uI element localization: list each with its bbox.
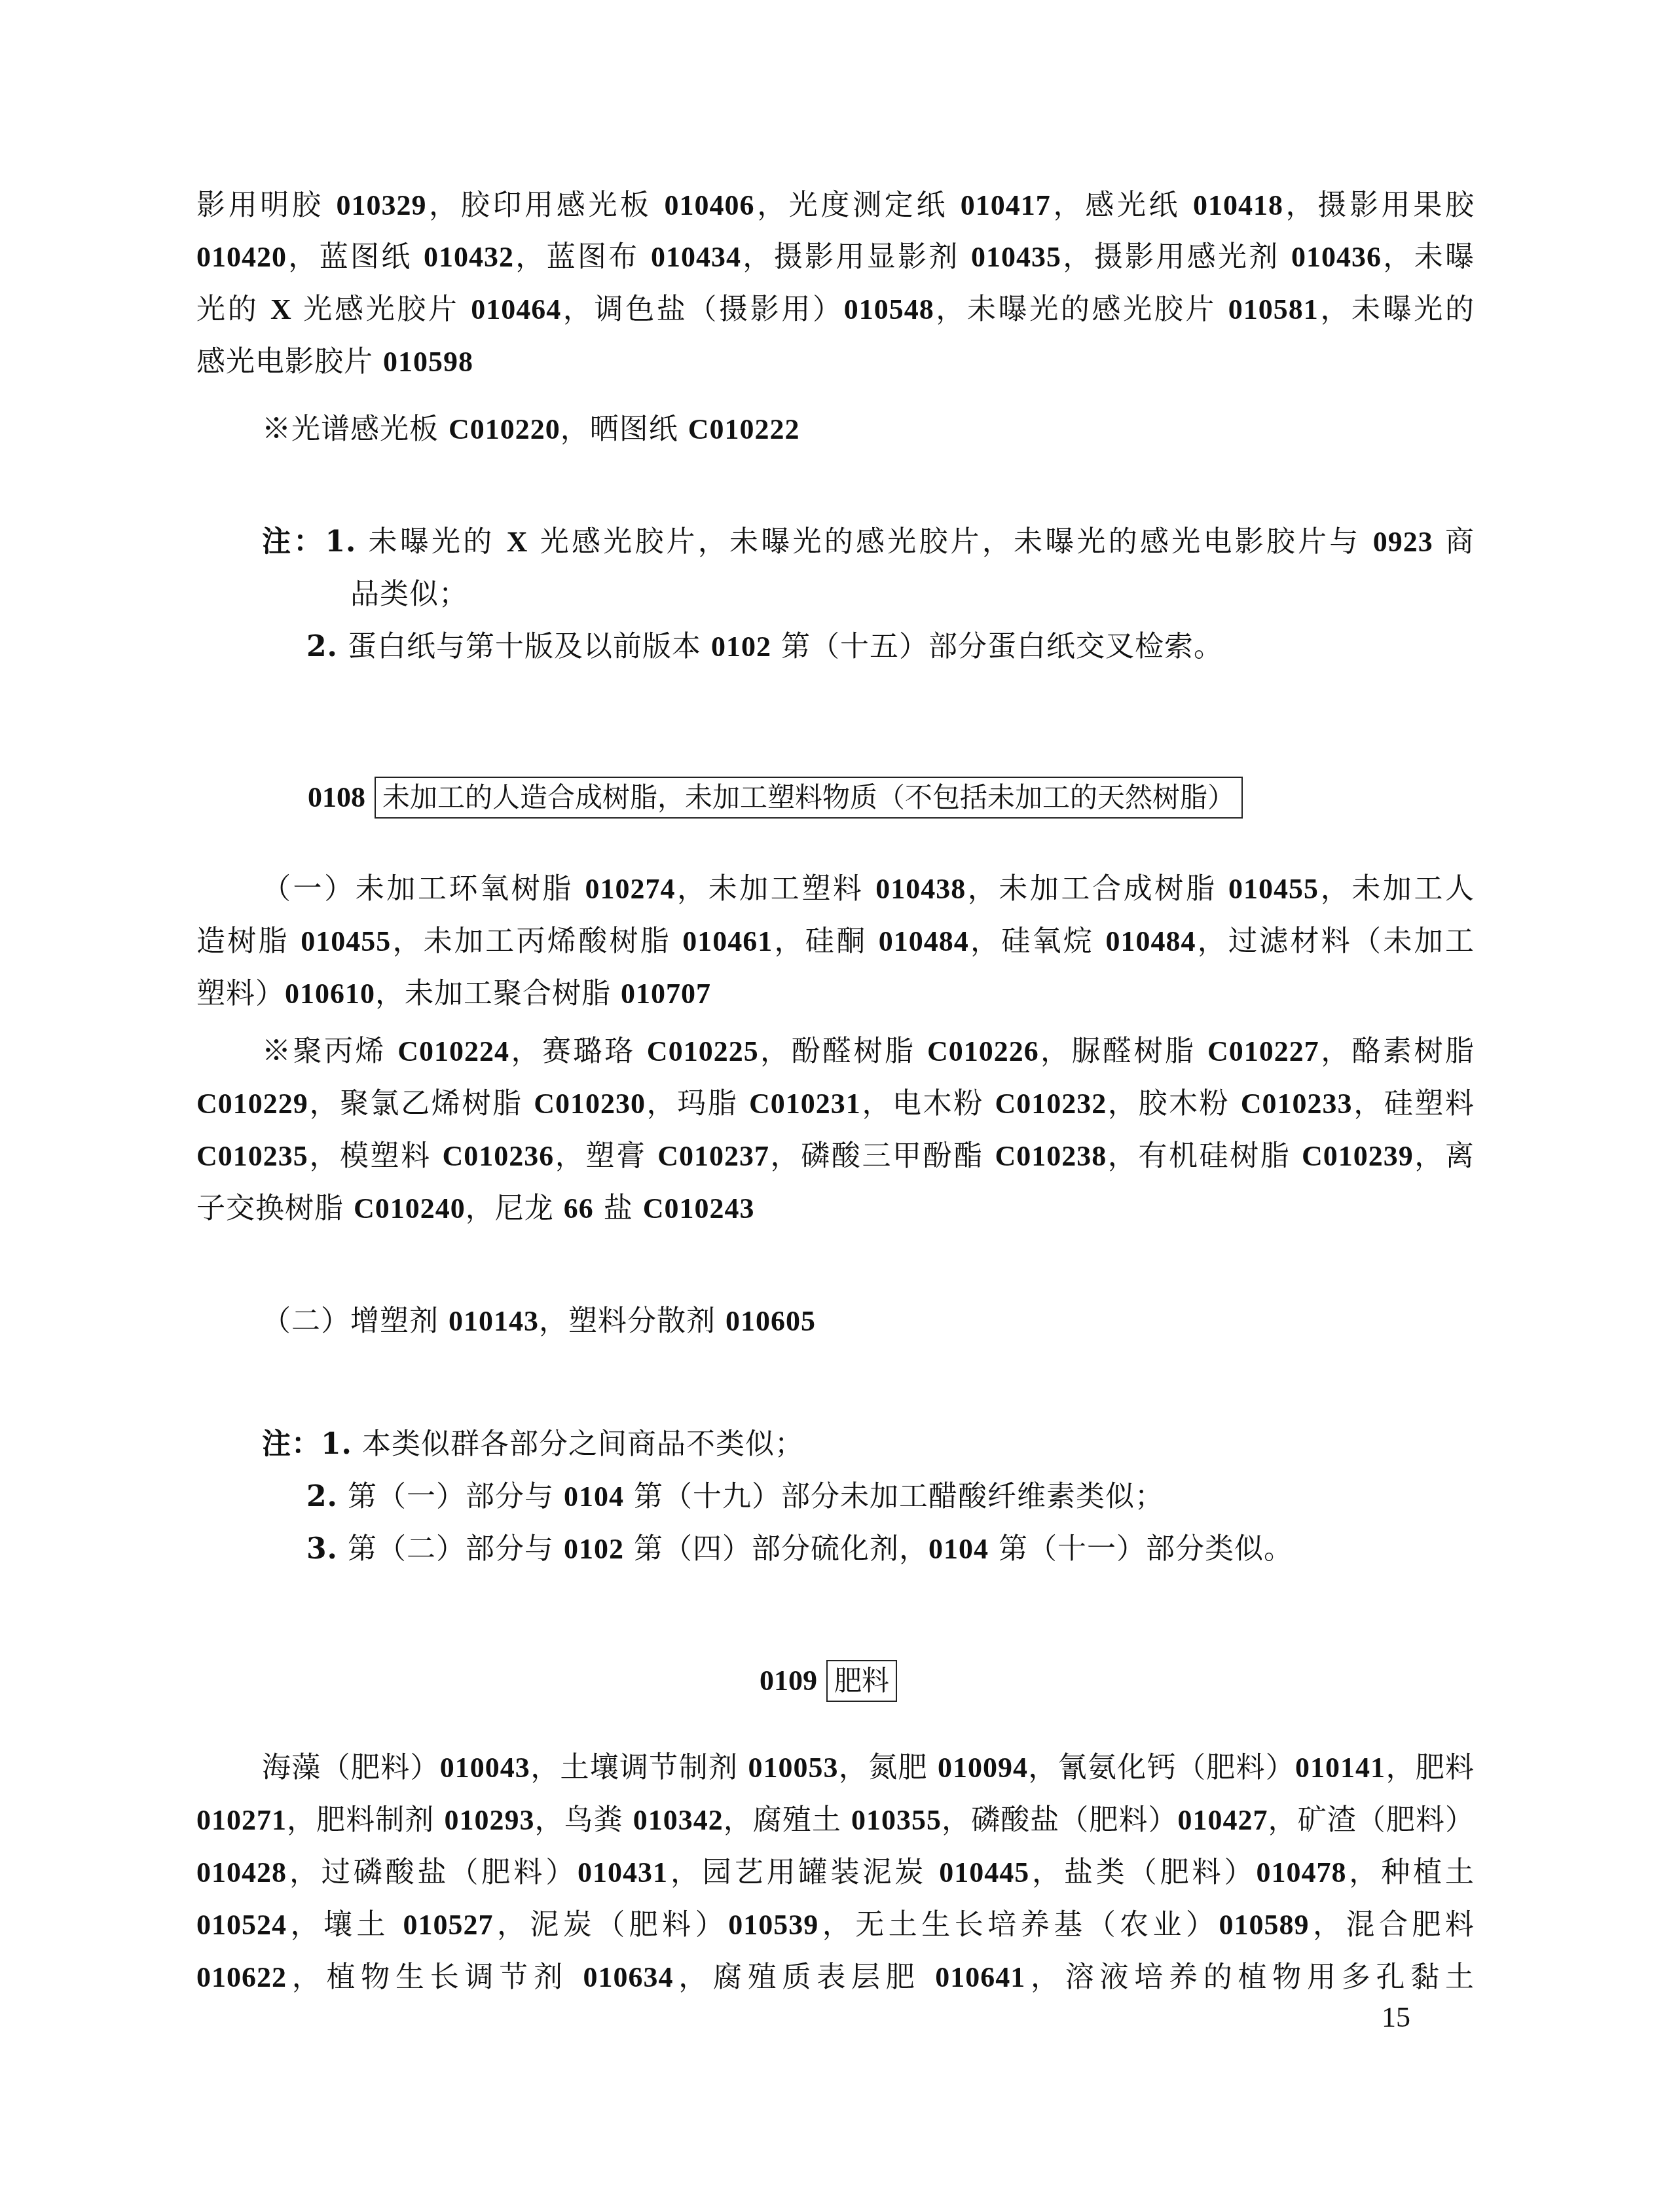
code-number: 010610 [285,978,375,1010]
starred-line: 子交换树脂 C010240，尼龙 66 盐 C010243 [196,1190,1475,1227]
code-number: 010271 [196,1804,287,1836]
text-run: ，未加工人 [1319,872,1475,906]
text-run: ，未加工塑料 [675,872,875,906]
text-run: 子交换树脂 [196,1192,354,1225]
text-run: ，土壤调节制剂 [530,1751,748,1784]
code-number: 010428 [196,1856,287,1889]
text-run: ，聚氯乙烯树脂 [308,1087,534,1120]
text-run: ，未曝光的 [1319,293,1475,326]
code-number: C010239 [1302,1140,1414,1172]
text-run: ，光度测定纸 [754,189,960,222]
note-number: 3. [306,1532,338,1566]
text-line: 感光电影胶片 010598 [196,344,1475,380]
text-run: ，酚醛树脂 [759,1035,927,1068]
code-number: 010293 [444,1804,534,1836]
code-number: 010436 [1291,241,1382,273]
code-number: C010220 [449,413,560,445]
text-run: ，植物生长调节剂 [287,1961,583,1994]
text-run: ，氰氨化钙（肥料） [1028,1751,1295,1784]
code-number: C010231 [749,1088,861,1120]
section-code: 0108 [308,781,365,813]
code-number: 0104 [928,1533,989,1565]
code-number: 010641 [935,1961,1025,1993]
text-run: ，脲醛树脂 [1039,1035,1207,1068]
code-number: C010237 [657,1140,769,1172]
text-line: 010524，壤土 010527，泥炭（肥料）010539，无土生长培养基（农业… [196,1907,1475,1944]
text-run: 第（十五）部分蛋白纸交叉检索。 [771,630,1223,663]
code-number: 010622 [196,1961,287,1993]
text-run: ，蓝图纸 [287,240,424,274]
text-run: ，鸟粪 [534,1803,633,1837]
text-run: ，泥炭（肥料） [493,1908,728,1942]
code-number: 010539 [728,1909,818,1941]
code-number: 010143 [449,1305,539,1337]
page-number: 15 [1382,2000,1410,2034]
note-item-1-cont: 品类似； [350,576,1628,613]
text-run: ，摄影用显影剂 [741,240,971,274]
text-line: （一）未加工环氧树脂 010274，未加工塑料 010438，未加工合成树脂 0… [262,871,1475,908]
text-run: ，胶印用感光板 [426,189,664,222]
code-number: 010043 [440,1752,530,1784]
text-run: ※聚丙烯 [262,1035,397,1068]
text-run: 品类似； [350,578,468,611]
text-run: ，模塑料 [308,1139,443,1173]
code-number: X [270,293,292,325]
code-number: 010484 [1105,925,1196,957]
text-run: ，未加工合成树脂 [966,872,1228,906]
text-line: 光的 X 光感光胶片 010464，调色盐（摄影用）010548，未曝光的感光胶… [196,291,1475,328]
code-number: 010435 [971,241,1061,273]
text-run: ，混合肥料 [1310,1908,1475,1942]
text-run: 第（四）部分硫化剂， [624,1532,928,1566]
note-number: 1. [325,525,356,559]
text-run: ，离 [1414,1139,1475,1173]
code-number: C010236 [442,1140,554,1172]
text-run: ，肥料制剂 [287,1803,444,1837]
code-number: 010464 [471,293,561,325]
starred-line: C010235，模塑料 C010236，塑膏 C010237，磷酸三甲酚酯 C0… [196,1138,1475,1175]
code-number: 010634 [583,1961,674,1993]
text-run: 本类似群各部分之间商品不类似； [362,1428,804,1461]
text-run: ，盐类（肥料） [1029,1856,1256,1889]
text-run: ，硅酮 [773,925,878,958]
code-number: 010417 [961,189,1051,221]
text-run: 第（一）部分与 [348,1480,564,1513]
code-number: C010230 [534,1088,646,1120]
code-number: 010589 [1219,1909,1310,1941]
text-line: 010622，植物生长调节剂 010634，腐殖质表层肥 010641，溶液培养… [196,1959,1475,1996]
code-number: C010224 [397,1035,509,1067]
text-run: 第（二）部分与 [348,1532,564,1566]
text-line: 海藻（肥料）010043，土壤调节制剂 010053，氮肥 010094，氰氨化… [262,1750,1475,1786]
code-number: 010605 [725,1305,816,1337]
text-run: ，胶木粉 [1107,1087,1241,1120]
text-run: ，腐殖土 [724,1803,851,1837]
note-text: 本类似群各部分之间商品不类似； [362,1428,804,1461]
starred-line: C010229，聚氯乙烯树脂 C010230，玛脂 C010231，电木粉 C0… [196,1086,1475,1122]
text-run: ，无土生长培养基（农业） [818,1908,1219,1942]
text-run: （一）未加工环氧树脂 [262,872,585,906]
text-run: 第（十九）部分未加工醋酸纤维素类似； [624,1480,1164,1513]
code-number: 010548 [844,293,934,325]
text-run: ，调色盐（摄影用） [561,293,843,326]
code-number: 010329 [336,189,426,221]
text-line: 010271，肥料制剂 010293，鸟粪 010342，腐殖土 010355，… [196,1802,1475,1839]
code-number: C010232 [995,1088,1107,1120]
code-number: C010222 [688,413,800,445]
code-number: 010527 [403,1909,493,1941]
note-item-2: 2. 蛋白纸与第十版及以前版本 0102 第（十五）部分蛋白纸交叉检索。 [306,629,1585,665]
section-heading-0109: 0109肥料 [760,1660,897,1702]
code-number: 010141 [1295,1752,1386,1784]
text-line: 010428，过磷酸盐（肥料）010431，园艺用罐装泥炭 010445，盐类（… [196,1854,1475,1891]
code-number: 010581 [1228,293,1319,325]
note-label: 注： [262,1428,321,1461]
text-run: 蛋白纸与第十版及以前版本 [348,630,711,663]
text-line: 影用明胶 010329，胶印用感光板 010406，光度测定纸 010417，感… [196,187,1475,224]
code-number: C010233 [1241,1088,1353,1120]
text-run: 光感光胶片，未曝光的感光胶片，未曝光的感光电影胶片与 [528,525,1373,559]
text-run: ，矿渣（肥料） [1268,1803,1475,1837]
note-item-2: 2. 第（一）部分与 0104 第（十九）部分未加工醋酸纤维素类似； [306,1479,1585,1515]
code-number: 010524 [196,1909,287,1941]
note-number: 2. [306,630,338,663]
text-run: ※光谱感光板 [262,413,449,446]
note-label: 注： [262,525,325,559]
text-run: ，未曝光的感光胶片 [934,293,1228,326]
text-run: ，有机硅树脂 [1107,1139,1302,1173]
code-number: X [507,526,528,558]
code-number: C010243 [643,1192,755,1225]
code-number: 66 [564,1192,594,1225]
code-number: C010235 [196,1140,308,1172]
code-number: 010418 [1193,189,1283,221]
section-0108-part-2: （二）增塑剂 010143，塑料分散剂 010605 [262,1303,1475,1340]
starred-line: ※光谱感光板 C010220，晒图纸 C010222 [262,411,1475,448]
note-text: 第（一）部分与 0104 第（十九）部分未加工醋酸纤维素类似； [348,1480,1164,1513]
code-number: 010342 [633,1804,724,1836]
text-run: ，电木粉 [861,1087,995,1120]
section-heading-0108: 0108未加工的人造合成树脂，未加工塑料物质（不包括未加工的天然树脂） [308,777,1243,819]
text-run: 感光电影胶片 [196,345,383,378]
text-run: ，园艺用罐装泥炭 [668,1856,939,1889]
starred-line: ※聚丙烯 C010224，赛璐珞 C010225，酚醛树脂 C010226，脲醛… [262,1033,1475,1070]
note-text: 第（二）部分与 0102 第（四）部分硫化剂，0104 第（十一）部分类似。 [348,1532,1293,1566]
text-run: 塑料） [196,977,285,1010]
text-run: 第（十一）部分类似。 [989,1532,1293,1566]
code-number: 010455 [1228,873,1319,905]
text-run: ，壤土 [287,1908,403,1942]
text-run: （二）增塑剂 [262,1304,449,1338]
code-number: 0104 [564,1481,624,1513]
text-run: ，晒图纸 [560,413,688,446]
text-run: ，过磷酸盐（肥料） [287,1856,578,1889]
text-run: ，赛璐珞 [509,1035,647,1068]
note-item-1: 注：1. 本类似群各部分之间商品不类似； [262,1426,1540,1463]
code-number: 010420 [196,241,287,273]
code-number: 010406 [664,189,754,221]
text-run: ，磷酸盐（肥料） [942,1803,1178,1837]
code-number: 010427 [1178,1804,1268,1836]
text-run: ，硅塑料 [1353,1087,1475,1120]
text-line: 造树脂 010455，未加工丙烯酸树脂 010461，硅酮 010484，硅氧烷… [196,923,1475,960]
code-number: 010431 [578,1856,668,1889]
text-run: ，腐殖质表层肥 [674,1961,936,1994]
note-number: 1. [321,1428,352,1461]
code-number: C010240 [354,1192,466,1225]
code-number: 010707 [621,978,711,1010]
text-run: 光感光胶片 [292,293,471,326]
text-run: ，过滤材料（未加工 [1196,925,1475,958]
text-run: ，肥料 [1386,1751,1475,1784]
code-number: 010598 [383,346,473,378]
code-number: 010274 [585,873,675,905]
code-number: 010438 [875,873,966,905]
code-number: 010478 [1256,1856,1346,1889]
code-number: 0102 [564,1533,624,1565]
text-run: ，摄影用果胶 [1283,189,1475,222]
code-number: 010053 [748,1752,839,1784]
note-item-3: 3. 第（二）部分与 0102 第（四）部分硫化剂，0104 第（十一）部分类似… [306,1531,1585,1568]
text-run: ，种植土 [1346,1856,1475,1889]
code-number: 010432 [424,241,514,273]
text-run: 影用明胶 [196,189,336,222]
code-number: 0923 [1373,526,1433,558]
text-run: ，氮肥 [839,1751,938,1784]
text-run: ，硅氧烷 [969,925,1106,958]
code-number: 010484 [879,925,969,957]
section-code: 0109 [760,1665,817,1697]
text-run: ，未曝 [1382,240,1475,274]
text-run: 造树脂 [196,925,301,958]
text-run: ，酪素树脂 [1319,1035,1475,1068]
text-run: ，摄影用感光剂 [1061,240,1291,274]
code-number: C010227 [1207,1035,1319,1067]
code-number: 010455 [301,925,391,957]
note-text: 未曝光的 X 光感光胶片，未曝光的感光胶片，未曝光的感光电影胶片与 0923 商 [369,525,1475,559]
code-number: C010225 [647,1035,759,1067]
text-run: ，玛脂 [646,1087,749,1120]
text-run: ，尼龙 [466,1192,564,1225]
text-run: 未曝光的 [369,525,507,559]
text-line: 010420，蓝图纸 010432，蓝图布 010434，摄影用显影剂 0104… [196,239,1475,276]
text-run: ，塑料分散剂 [539,1304,725,1338]
code-number: 010094 [938,1752,1028,1784]
code-number: C010226 [927,1035,1039,1067]
note-item-1: 注：1. 未曝光的 X 光感光胶片，未曝光的感光胶片，未曝光的感光电影胶片与 0… [262,524,1475,561]
text-run: ，塑膏 [554,1139,657,1173]
code-number: C010238 [995,1140,1107,1172]
code-number: 010434 [651,241,741,273]
note-number: 2. [306,1480,338,1513]
section-title: 肥料 [826,1660,897,1702]
code-number: 010355 [851,1804,942,1836]
code-number: 010445 [939,1856,1029,1889]
text-run: 海藻（肥料） [262,1751,440,1784]
note-text: 蛋白纸与第十版及以前版本 0102 第（十五）部分蛋白纸交叉检索。 [348,630,1223,663]
text-run: ，未加工聚合树脂 [375,977,621,1010]
text-run: ，溶液培养的植物用多孔黏土 [1025,1961,1475,1994]
text-line: 塑料）010610，未加工聚合树脂 010707 [196,976,1475,1012]
code-number: 0102 [711,631,771,663]
text-run: ，感光纸 [1051,189,1193,222]
text-run: ，蓝图布 [514,240,651,274]
section-title: 未加工的人造合成树脂，未加工塑料物质（不包括未加工的天然树脂） [375,777,1243,819]
code-number: C010229 [196,1088,308,1120]
text-run: ，未加工丙烯酸树脂 [391,925,682,958]
text-run: 盐 [594,1192,643,1225]
text-run: 光的 [196,293,270,326]
text-run: ，磷酸三甲酚酯 [769,1139,995,1173]
text-run: 商 [1433,525,1475,559]
code-number: 010461 [682,925,773,957]
